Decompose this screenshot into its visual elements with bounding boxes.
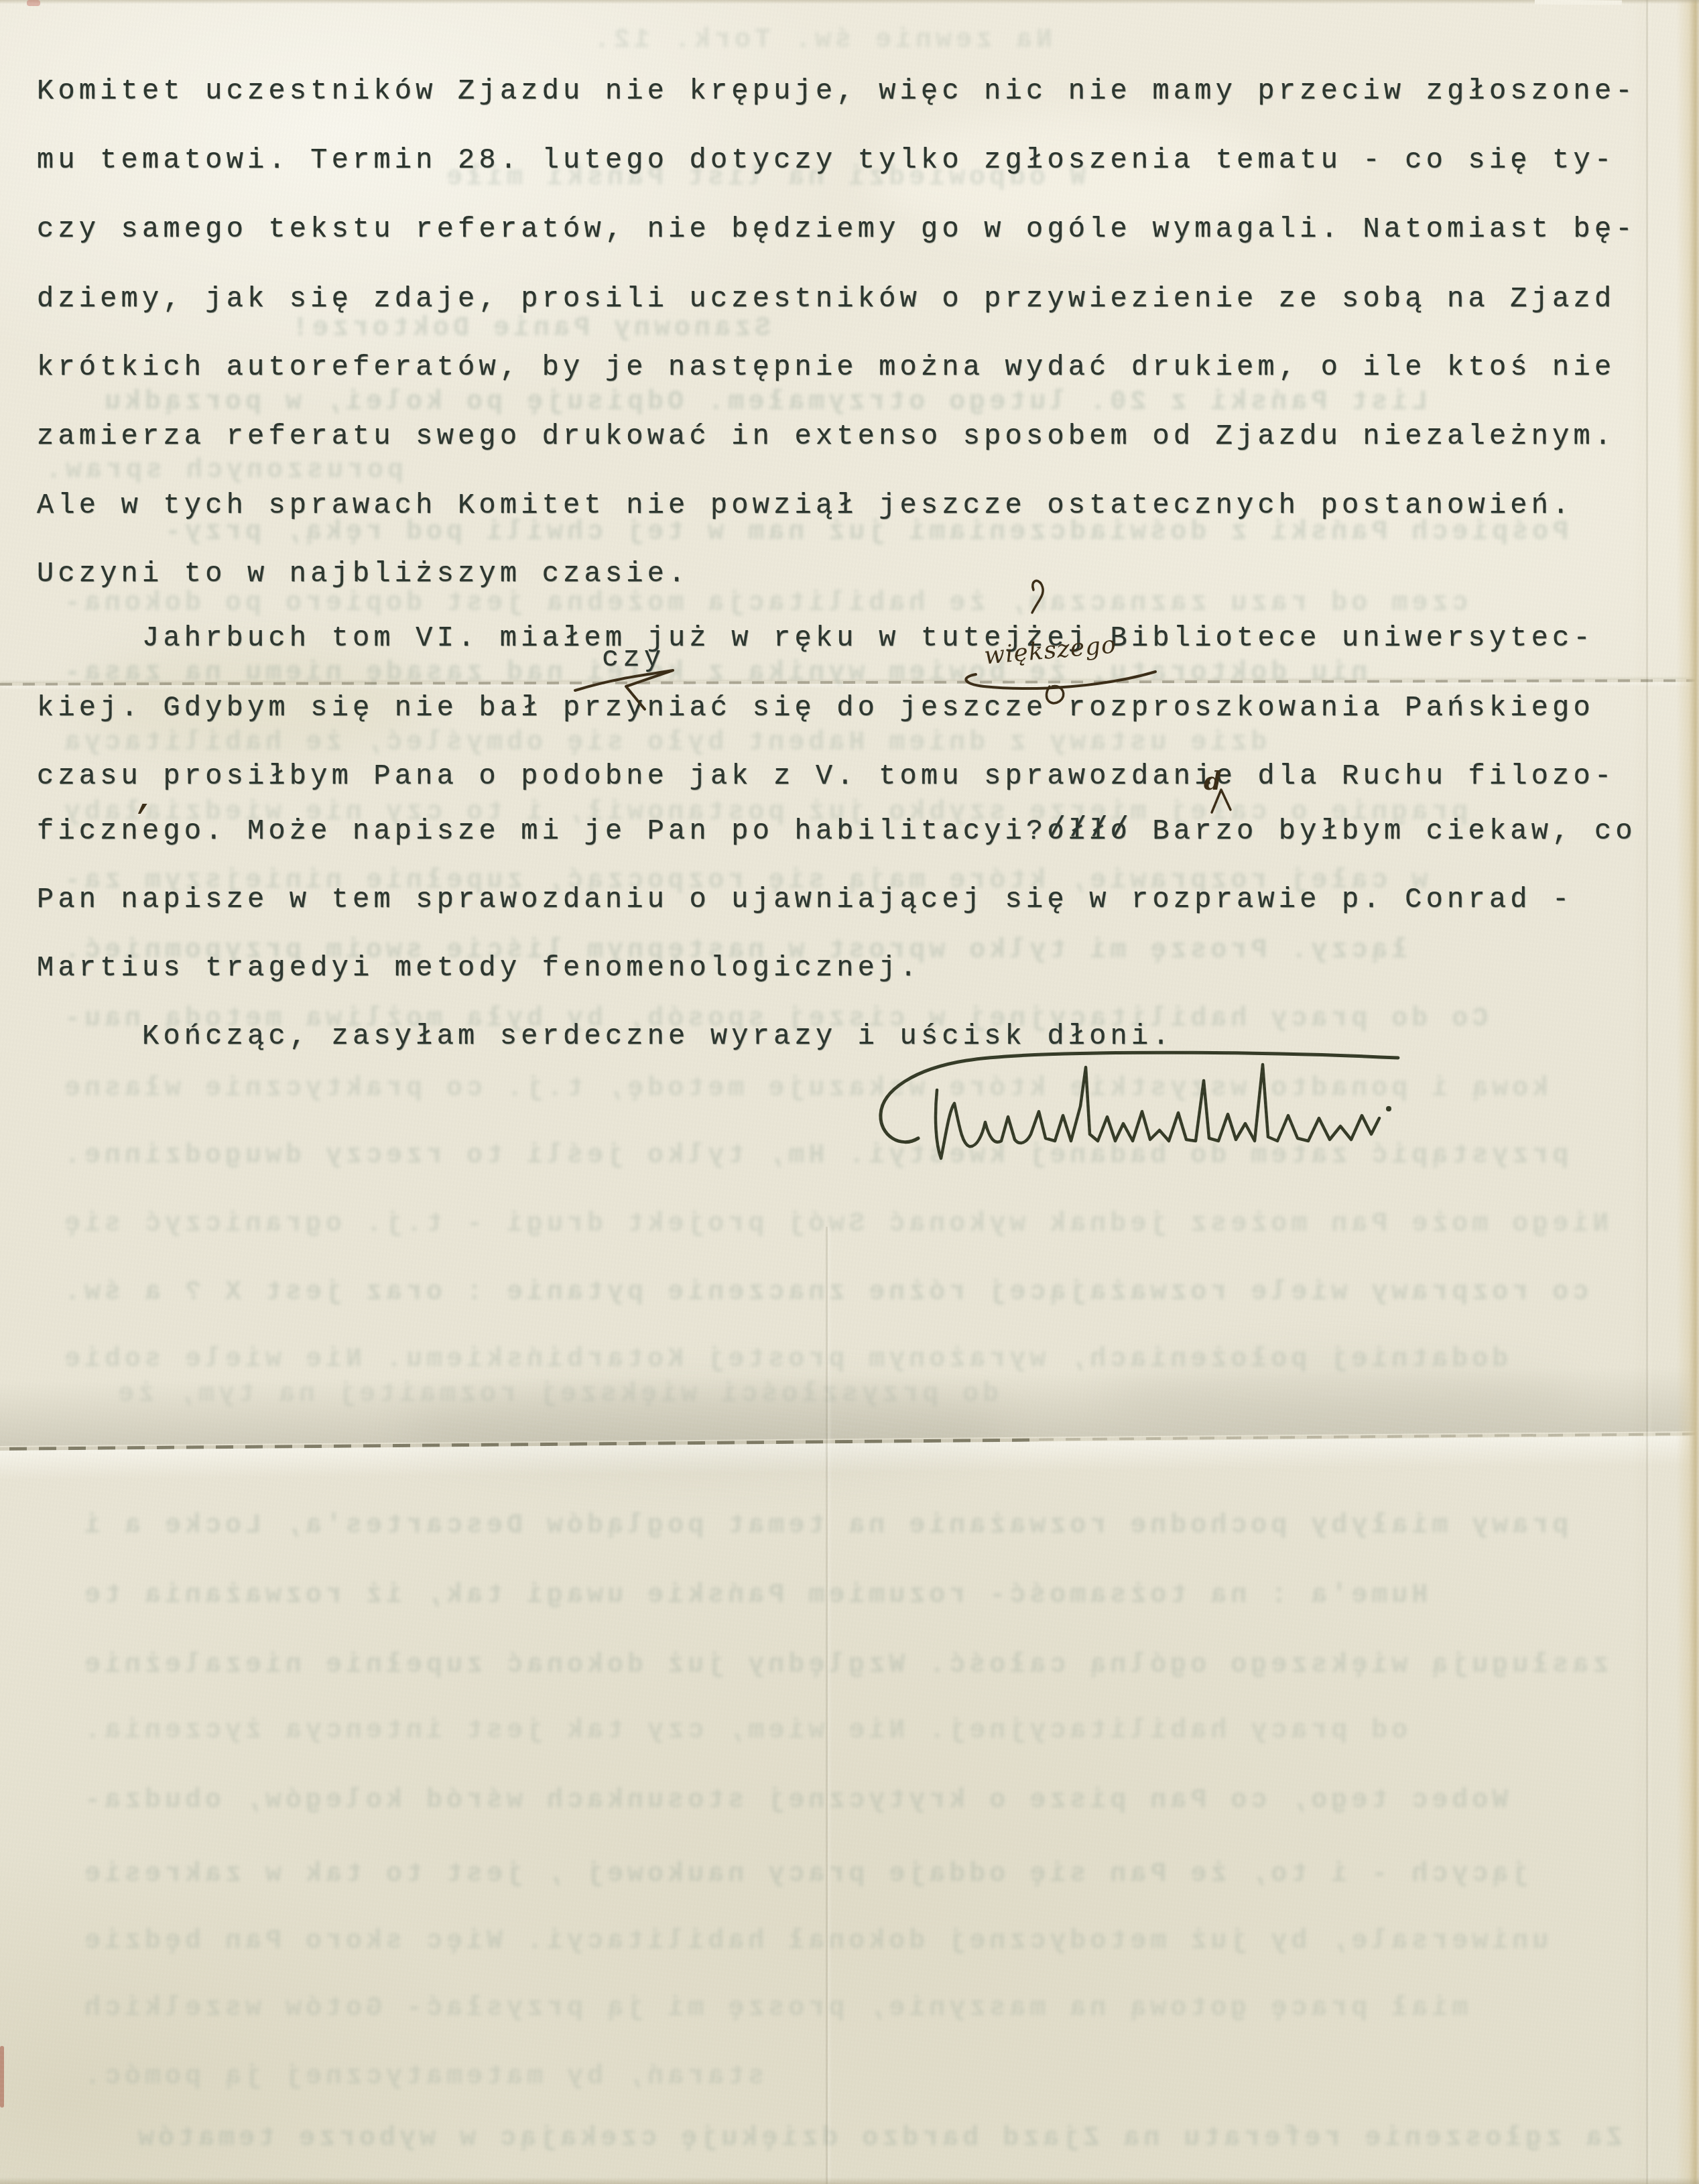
handwritten-correction-d: d	[1204, 766, 1222, 796]
bleedthrough-line: uniwersale, by już metodycznej dokonał h…	[80, 1927, 1548, 1957]
typed-line: dziemy, jak się zdaje, prosili uczestnik…	[37, 283, 1615, 315]
bleedthrough-line: kową i ponadto wszystkie które wskazuje …	[60, 1074, 1548, 1104]
typed-line: ficznego. Może napisze mi je Pan po habi…	[37, 815, 1637, 847]
typed-line: krótkich autoreferatów, by je następnie …	[37, 351, 1615, 383]
typed-line: Komitet uczestników Zjazdu nie krępuje, …	[37, 75, 1637, 107]
bleedthrough-line: dzie ustawy z dniem Habent było się obmy…	[60, 728, 1267, 758]
typed-line: czasu prosiłbym Pana o podobne jak z V. …	[37, 760, 1615, 792]
red-edge-mark	[0, 2046, 4, 2108]
bleedthrough-line: zasługują większego ogólną całość. Wzglę…	[80, 1650, 1609, 1681]
typed-line: czy samego tekstu referatów, nie będziem…	[37, 213, 1637, 245]
bleedthrough-line: jących - i to, że Pan się oddaje pracy n…	[80, 1860, 1528, 1890]
bleedthrough-line: Hume'a : na tożsamość- rozumiem Pańskie …	[80, 1581, 1428, 1611]
typed-line: Ale w tych sprawach Komitet nie powziął …	[37, 489, 1574, 522]
paper-edge-bottom	[0, 2177, 1699, 2184]
bleedthrough-line: Szanowny Panie Doktorze!	[288, 314, 771, 344]
strikeout-slashes: ////	[1048, 812, 1133, 845]
bleedthrough-line: miał pracę gotową na maszynie, proszę mi…	[80, 1994, 1468, 2024]
typed-line: zamierza referatu swego drukować in exte…	[37, 420, 1615, 452]
paper-tear-nick	[1535, 0, 1622, 5]
bleedthrough-line: List Pański z 20. lutego otrzymałem. Odp…	[101, 387, 1428, 418]
red-corner-mark	[27, 0, 40, 6]
paper-edge-top	[0, 0, 1699, 4]
letter-page: Na zewnie św. Tork. 12.W odpowiedzi na l…	[0, 0, 1699, 2184]
paper-edge-right	[1676, 0, 1699, 2184]
typed-line: mu tematowi. Termin 28. lutego dotyczy t…	[37, 144, 1615, 176]
typed-insertion-czy: czy	[602, 642, 665, 674]
bleedthrough-line: Niego może Pan możesz jednak wykonać Swó…	[60, 1209, 1609, 1239]
bleedthrough-line: przystąpić zatem do badanej kwestyi. Hm,…	[60, 1141, 1568, 1171]
bleedthrough-line: Pośpiech Pański z doświadczeniami już na…	[161, 518, 1568, 548]
bleedthrough-line: Wobec tego, co Pan pisze o krytycznej st…	[80, 1786, 1508, 1816]
bleedthrough-line: poruszonych spraw.	[42, 456, 403, 486]
typed-line: Martius tragedyi metody fenomenologiczne…	[37, 952, 921, 984]
bleedthrough-line: prawy miałyby pochodne rozważanie na tem…	[80, 1511, 1568, 1541]
struck-out-characters: ołło////	[1047, 815, 1131, 847]
bleedthrough-line: Za zgłoszenie referatu na Zjazd bardzo d…	[134, 2124, 1622, 2154]
bleedthrough-line: starań, by matematycznej ją pomóc.	[80, 2062, 764, 2092]
typed-line: Uczyni to w najbliższym czasie.	[37, 558, 690, 590]
typed-line: Pan napisze w tem sprawozdaniu o ujawnia…	[37, 884, 1574, 916]
typed-line: Kończąc, zasyłam serdeczne wyrazy i uści…	[37, 1020, 1174, 1052]
bleedthrough-line: Na zewnie św. Tork. 12.	[590, 25, 1052, 56]
line-segment: Barzo byłbym ciekaw, co	[1131, 815, 1637, 847]
bleedthrough-line: od pracy habilitacyjnej. Nie wiem, czy t…	[80, 1716, 1407, 1746]
vertical-fold-crease-right	[1646, 0, 1648, 2184]
bleedthrough-line: czem od razu zaznaczam, że habilitacja m…	[60, 589, 1468, 619]
handwritten-comma-insertion: ,	[137, 783, 155, 818]
vertical-fold-crease-center	[826, 1227, 828, 2184]
line-segment: ficznego. Może napisze mi je Pan po habi…	[37, 815, 1047, 847]
typed-line: kiej. Gdybym się nie bał przyniać się do…	[37, 692, 1594, 724]
bleedthrough-line: co rozprawy wiele rozważającej różne zna…	[60, 1278, 1588, 1308]
typed-line: Jahrbuch tom VI. miałem już w ręku w tut…	[37, 622, 1594, 654]
horizontal-fold-crease-lower	[0, 1367, 1699, 1490]
